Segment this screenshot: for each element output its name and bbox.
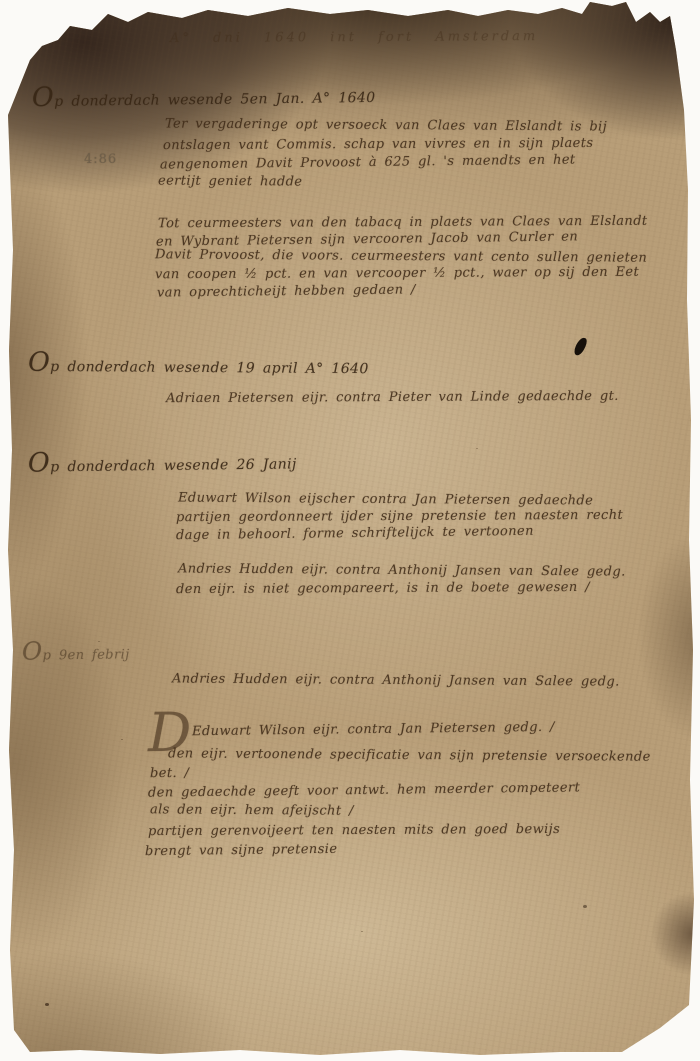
manuscript-line: Adriaen Pietersen eijr. contra Pieter va… [166,389,619,406]
manuscript-line: den eijr. is niet gecompareert, is in de… [176,580,590,597]
manuscript-line: bet. / [150,766,189,781]
manuscript-line: Ter vergaderinge opt versoeck van Claes … [165,116,607,134]
manuscript-line: van coopen ½ pct. en van vercooper ½ pct… [155,265,639,283]
manuscript-line: Andries Hudden eijr. contra Anthonij Jan… [172,671,620,689]
manuscript-line: als den eijr. hem afeijscht / [150,802,354,818]
manuscript-line: eertijt geniet hadde [158,173,303,189]
manuscript-line: Andries Hudden eijr. contra Anthonij Jan… [178,561,626,579]
manuscript-line: van oprechticheijt hebben gedaen / [157,282,416,300]
section-heading-26-jan: Op donderdach wesende 26 Janij [28,456,297,475]
manuscript-line: partijen geordonneert ijder sijne preten… [176,508,623,525]
manuscript-line: partijen gerenvoijeert ten naesten mits … [148,822,560,839]
paper-specks [45,1003,49,1006]
manuscript-line: Eduwart Wilson eijscher contra Jan Piete… [178,491,593,509]
manuscript-line: brengt van sijne pretensie [145,842,338,859]
margin-note: 4:86 [84,152,117,167]
section-heading-9-feb: Op 9en febrij [22,647,130,663]
section-heading-19-april-1640: Op donderdach wesende 19 april A° 1640 [28,359,369,377]
manuscript-top-line: A° dni 1640 int fort Amsterdam [170,29,538,46]
manuscript-line: ontslagen vant Commis. schap van vivres … [163,136,593,153]
